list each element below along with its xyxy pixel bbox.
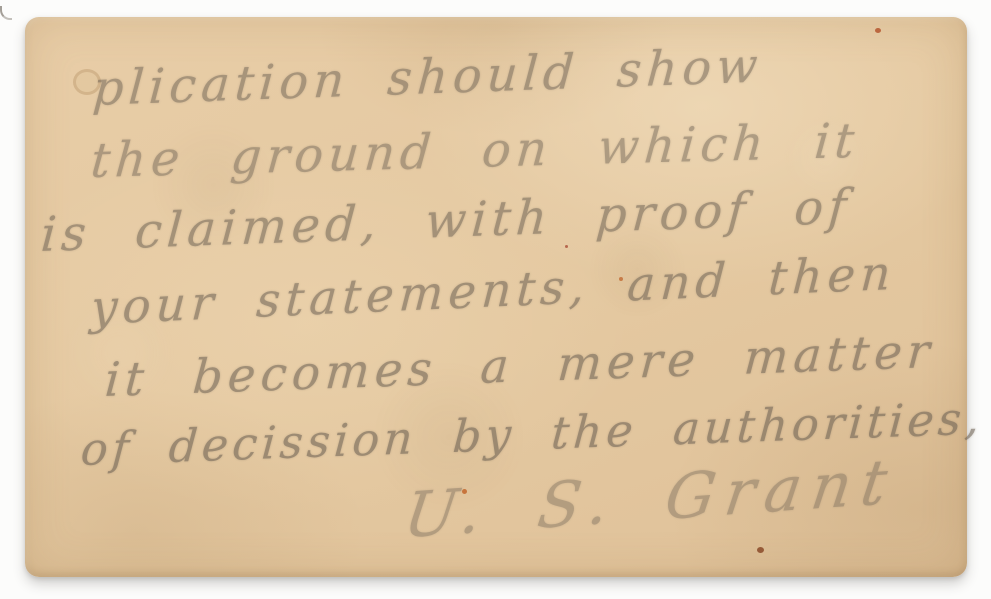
photo-scene: plication should show the ground on whic… xyxy=(0,0,991,599)
foxing-speck xyxy=(757,547,764,553)
handwriting-line-3: is claimed, with proof of xyxy=(39,179,853,263)
foxing-speck xyxy=(462,489,467,494)
stray-mark xyxy=(0,6,12,20)
handwritten-card: plication should show the ground on whic… xyxy=(25,17,967,577)
foxing-speck xyxy=(875,28,881,33)
handwriting-line-5: it becomes a mere matter xyxy=(103,324,936,408)
handwriting-line-4: your statements, and then xyxy=(89,246,897,336)
handwriting-line-1: plication should show xyxy=(91,38,764,118)
foxing-speck xyxy=(619,277,623,281)
foxing-speck xyxy=(565,245,568,248)
handwriting-line-2: the ground on which it xyxy=(89,113,862,189)
